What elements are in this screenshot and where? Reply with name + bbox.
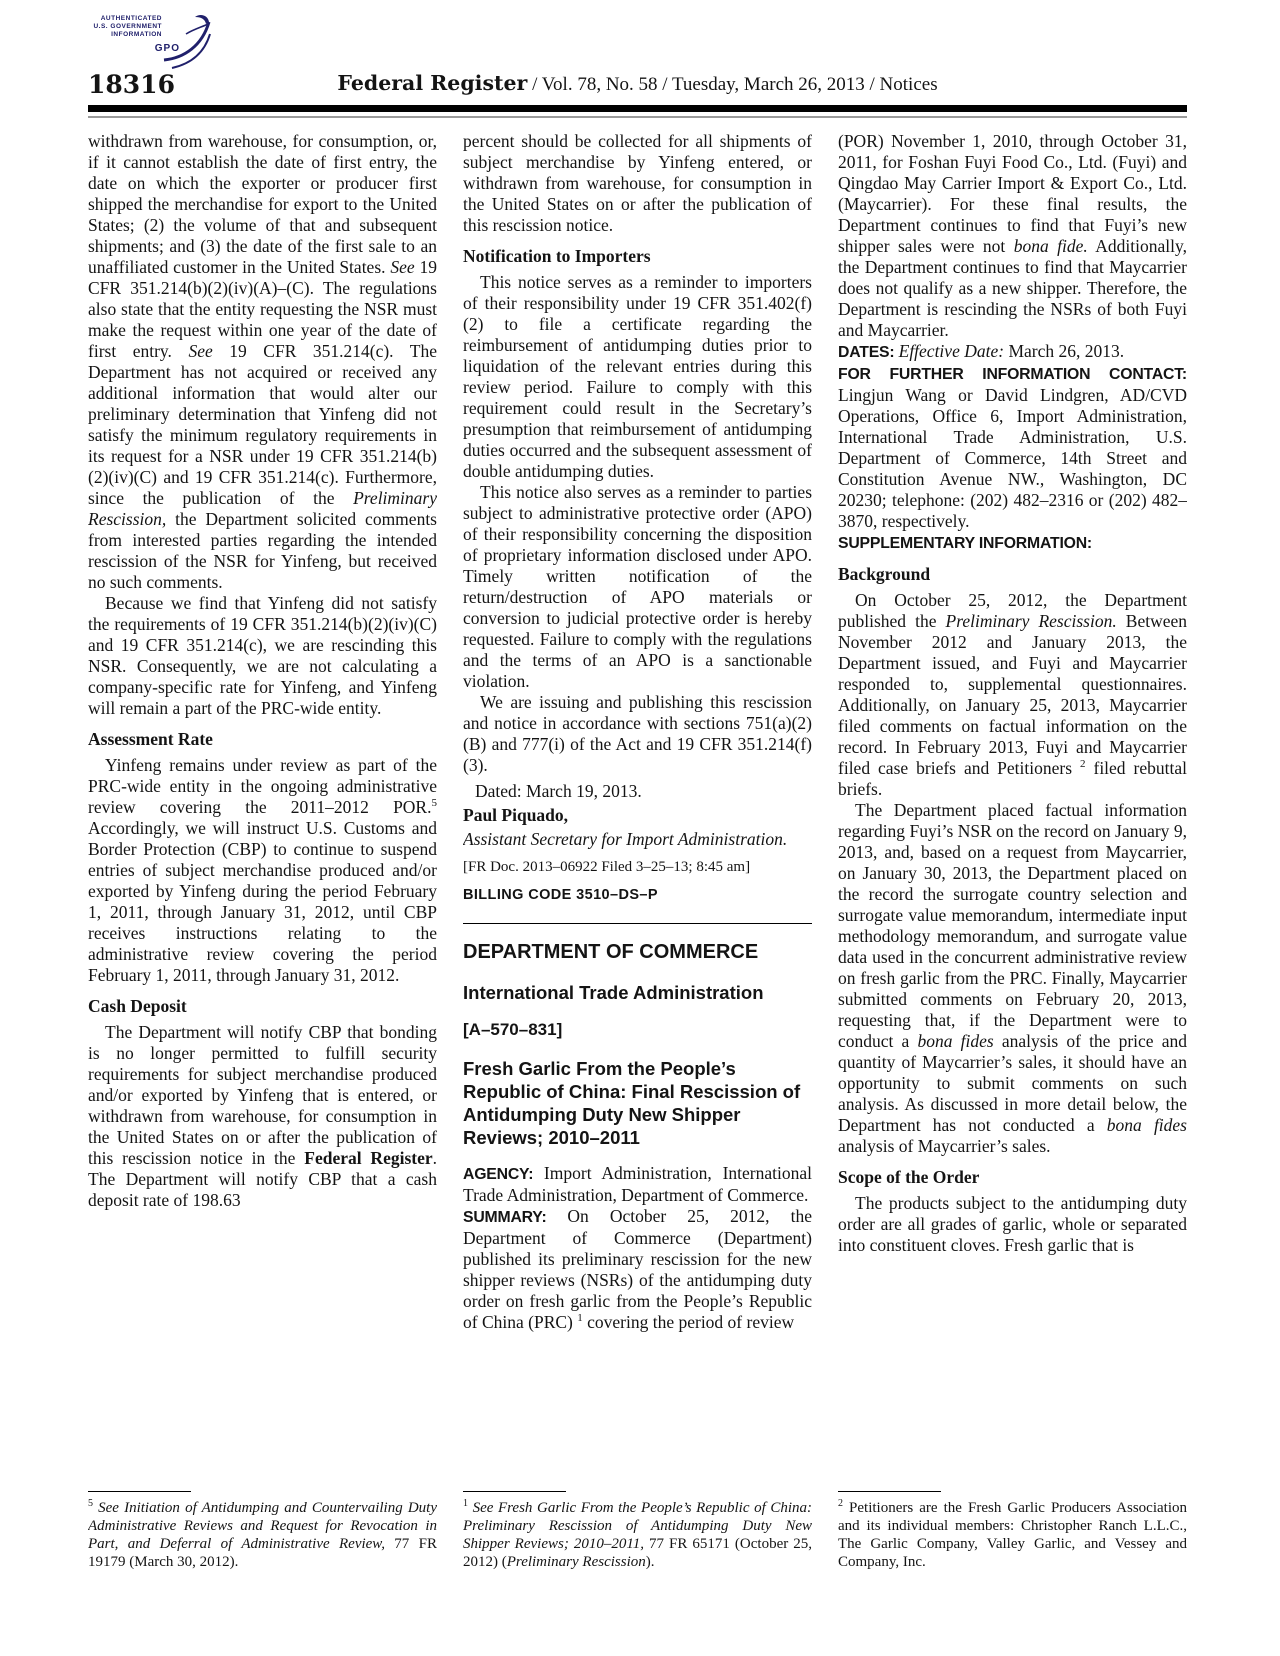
footnote: 5 See Initiation of Antidumping and Coun… — [88, 1491, 437, 1571]
section-heading: Fresh Garlic From the People’s Republic … — [463, 1057, 812, 1149]
masthead-citation: / Vol. 78, No. 58 / Tuesday, March 26, 2… — [527, 74, 937, 95]
paragraph: The Department will notify CBP that bond… — [88, 1022, 437, 1211]
paragraph: Because we find that Yinfeng did not sat… — [88, 593, 437, 719]
paragraph: (POR) November 1, 2010, through October … — [838, 131, 1187, 341]
header-rule-thick — [88, 105, 1187, 112]
gpo-logo-line: AUTHENTICATED — [78, 15, 162, 23]
footnote: 1 See Fresh Garlic From the People’s Rep… — [463, 1491, 812, 1571]
three-column-text: withdrawn from warehouse, for consumptio… — [88, 131, 1187, 1571]
fr-doc-line: [FR Doc. 2013–06922 Filed 3–25–13; 8:45 … — [463, 858, 812, 876]
paragraph: percent should be collected for all ship… — [463, 131, 812, 236]
header-rule-thin — [88, 116, 1187, 118]
paragraph: We are issuing and publishing this resci… — [463, 692, 812, 776]
signature-title: Assistant Secretary for Import Administr… — [463, 829, 812, 850]
section-heading: Cash Deposit — [88, 996, 437, 1017]
masthead-title: Federal Register — [337, 71, 527, 95]
signature-name: Paul Piquado, — [463, 805, 812, 826]
masthead: Federal Register / Vol. 78, No. 58 / Tue… — [88, 71, 1187, 97]
paragraph: Yinfeng remains under review as part of … — [88, 755, 437, 986]
paragraph: DATES: Effective Date: March 26, 2013. — [838, 341, 1187, 363]
section-heading: Notification to Importers — [463, 246, 812, 267]
gpo-logo-line: U.S. GOVERNMENT — [78, 23, 162, 31]
paragraph: AGENCY: Import Administration, Internati… — [463, 1163, 812, 1206]
paragraph: This notice also serves as a reminder to… — [463, 482, 812, 692]
section-heading: Assessment Rate — [88, 729, 437, 750]
paragraph: This notice serves as a reminder to impo… — [463, 272, 812, 482]
section-heading: International Trade Administration — [463, 981, 812, 1004]
column-2: percent should be collected for all ship… — [463, 131, 812, 1571]
footnote: 2 Petitioners are the Fresh Garlic Produ… — [838, 1491, 1187, 1571]
section-heading: Scope of the Order — [838, 1167, 1187, 1188]
gpo-logo-line: INFORMATION — [78, 31, 162, 39]
column-3: (POR) November 1, 2010, through October … — [838, 131, 1187, 1571]
gpo-logo-text: AUTHENTICATED U.S. GOVERNMENT INFORMATIO… — [78, 15, 162, 39]
dated-line: Dated: March 19, 2013. — [463, 781, 812, 802]
paragraph: The products subject to the antidumping … — [838, 1193, 1187, 1256]
page-header: AUTHENTICATED U.S. GOVERNMENT INFORMATIO… — [88, 10, 1187, 118]
paragraph: SUPPLEMENTARY INFORMATION: — [838, 532, 1187, 554]
paragraph: FOR FURTHER INFORMATION CONTACT: Lingjun… — [838, 363, 1187, 532]
paragraph: On October 25, 2012, the Department publ… — [838, 590, 1187, 800]
section-heading: [A–570–831] — [463, 1019, 812, 1040]
federal-register-page: AUTHENTICATED U.S. GOVERNMENT INFORMATIO… — [0, 0, 1280, 1656]
document-separator — [463, 923, 812, 924]
billing-code: BILLING CODE 3510–DS–P — [463, 885, 812, 906]
paragraph: The Department placed factual informatio… — [838, 800, 1187, 1157]
column-1: withdrawn from warehouse, for consumptio… — [88, 131, 437, 1571]
section-heading: DEPARTMENT OF COMMERCE — [463, 940, 812, 964]
gpo-logo: AUTHENTICATED U.S. GOVERNMENT INFORMATIO… — [78, 10, 218, 74]
masthead-row: 18316 Federal Register / Vol. 78, No. 58… — [88, 66, 1187, 98]
section-heading: Background — [838, 564, 1187, 585]
paragraph: SUMMARY: On October 25, 2012, the Depart… — [463, 1206, 812, 1333]
paragraph: withdrawn from warehouse, for consumptio… — [88, 131, 437, 593]
